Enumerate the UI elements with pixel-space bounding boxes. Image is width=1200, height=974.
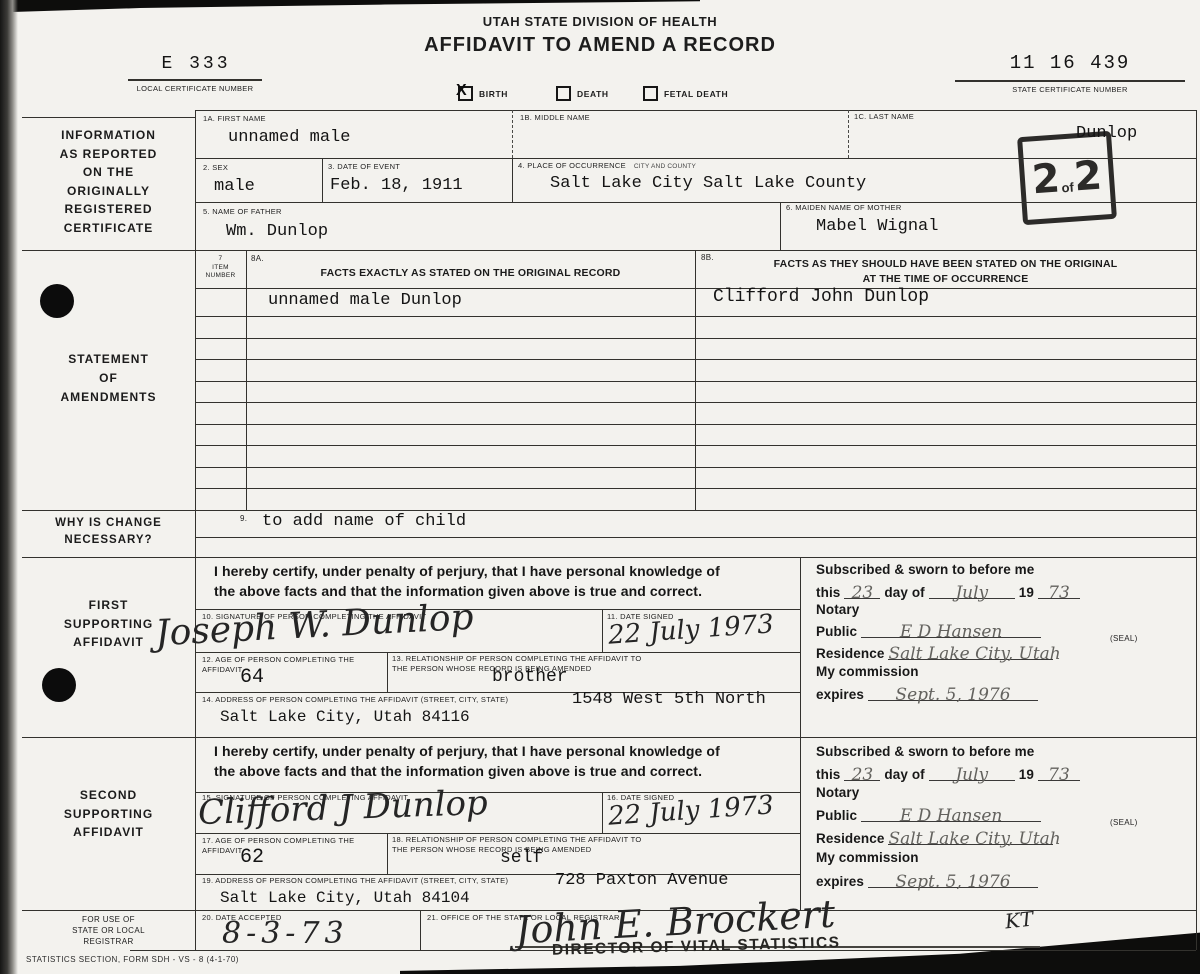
notary-expires-value: Sept. 5, 1976: [895, 872, 1010, 892]
grid-line: [800, 737, 801, 910]
registrar-annotation: KT: [1004, 907, 1035, 934]
death-checkbox-label: DEATH: [577, 89, 609, 99]
stamp-digit: 2: [1030, 156, 1061, 204]
notary-residence-value: Salt Lake City, Utah: [888, 644, 1060, 664]
relationship-value: brother: [492, 667, 568, 687]
grid-line: [387, 652, 388, 692]
grid-line: [602, 792, 603, 833]
first-name-value: unnamed male: [228, 128, 350, 147]
address-value-line1: 728 Paxton Avenue: [555, 871, 728, 890]
scan-artifact-left: [0, 0, 18, 974]
label-line: 7: [196, 255, 245, 264]
notary-year-value: 73: [1048, 765, 1070, 785]
local-certificate-label: LOCAL CERTIFICATE NUMBER: [128, 84, 262, 93]
label-line: OF: [22, 369, 195, 388]
notary-sworn-line: Subscribed & sworn to before me: [816, 562, 1034, 577]
address-value-line1: 1548 West 5th North: [572, 690, 766, 709]
grid-line: [195, 833, 800, 834]
notary-text: Subscribed & sworn to before me: [816, 744, 1034, 759]
sex-label: 2. SEX: [203, 163, 228, 172]
notary-text: My commission: [816, 664, 919, 679]
grid-line: [195, 158, 1196, 159]
fetal-death-checkbox-label: FETAL DEATH: [664, 89, 728, 99]
notary-expires-line: expires Sept. 5, 1976: [816, 871, 1038, 889]
notary-public-value: E D Hansen: [900, 622, 1003, 642]
label-text: 4. PLACE OF OCCURRENCE: [518, 161, 626, 170]
grid-line: [602, 609, 603, 652]
state-certificate-number: 11 16 439: [955, 52, 1185, 74]
seal-label: (SEAL): [1110, 634, 1138, 643]
death-checkbox: DEATH: [556, 85, 609, 103]
section-label-why-change: WHY IS CHANGE NECESSARY?: [22, 515, 195, 549]
agency-name: UTAH STATE DIVISION OF HEALTH: [0, 14, 1200, 29]
grid-line: [1196, 110, 1197, 950]
seal-label: (SEAL): [1110, 818, 1138, 827]
address-value-line2: Salt Lake City, Utah 84116: [220, 708, 470, 726]
notary-text: Public: [816, 808, 857, 823]
label-line: NUMBER: [196, 272, 245, 281]
certify-text-line2: the above facts and that the information…: [214, 763, 702, 779]
section-label-original-info: INFORMATION AS REPORTED ON THE ORIGINALL…: [22, 126, 195, 237]
birth-checkbox: XBIRTH: [458, 85, 508, 103]
fetal-death-checkbox-box: [643, 86, 658, 101]
grid-line: [246, 250, 247, 510]
label-line: CERTIFICATE: [22, 219, 195, 238]
scan-artifact-top: [0, 0, 700, 13]
state-certificate-label: STATE CERTIFICATE NUMBER: [955, 85, 1185, 94]
label-line: STATEMENT: [22, 350, 195, 369]
mother-maiden-name-value: Mabel Wignal: [816, 217, 938, 236]
place-of-occurrence-value: Salt Lake City Salt Lake County: [550, 174, 866, 193]
grid-line: [22, 737, 1196, 738]
age-label: 12. AGE OF PERSON COMPLETING THE AFFIDAV…: [202, 655, 357, 674]
age-value: 64: [240, 666, 264, 689]
section-label-amendments: STATEMENT OF AMENDMENTS: [22, 350, 195, 407]
stamp-digit: 2: [1073, 153, 1104, 201]
notary-month-value: July: [955, 765, 988, 785]
col-8b-header-line2: AT THE TIME OF OCCURRENCE: [695, 273, 1196, 285]
grid-line: [195, 110, 196, 950]
grid-line: [512, 110, 513, 158]
notary-text: My commission: [816, 850, 919, 865]
date-accepted-value: 8-3-73: [222, 916, 349, 951]
grid-line: [195, 202, 1196, 203]
label-line: REGISTERED: [22, 200, 195, 219]
why-change-field-number: 9.: [240, 514, 247, 523]
first-name-label: 1A. FIRST NAME: [203, 114, 266, 123]
amendment-original-value: unnamed male Dunlop: [268, 291, 462, 310]
notary-commission-line: My commission: [816, 664, 919, 679]
grid-line: [22, 510, 1196, 511]
notary-label-line: Notary: [816, 602, 859, 617]
label-line: NECESSARY?: [22, 532, 195, 549]
notary-text: Public: [816, 624, 857, 639]
notary-text: Notary: [816, 602, 859, 617]
grid-line: [22, 117, 195, 118]
label-line: SECOND: [22, 786, 195, 805]
father-name-value: Wm. Dunlop: [226, 222, 328, 241]
father-name-label: 5. NAME OF FATHER: [203, 207, 282, 216]
certify-text-line1: I hereby certify, under penalty of perju…: [214, 743, 720, 759]
hole-punch-mark: [40, 284, 74, 318]
address-label: 14. ADDRESS OF PERSON COMPLETING THE AFF…: [202, 695, 508, 704]
label-line: SUPPORTING: [22, 805, 195, 824]
grid-line: [512, 158, 513, 202]
affiant-signature: Clifford J Dunlop: [197, 783, 488, 833]
label-line: ITEM: [196, 264, 245, 273]
grid-line: [848, 110, 849, 158]
section-label-registrar: FOR USE OF STATE OR LOCAL REGISTRAR: [22, 914, 195, 947]
date-of-event-label: 3. DATE OF EVENT: [328, 162, 400, 171]
amendment-corrected-value: Clifford John Dunlop: [713, 287, 929, 307]
label-line: ORIGINALLY: [22, 182, 195, 201]
address-label: 19. ADDRESS OF PERSON COMPLETING THE AFF…: [202, 876, 508, 885]
label-line: AS REPORTED: [22, 145, 195, 164]
notary-expires-line: expires Sept. 5, 1976: [816, 684, 1038, 702]
notary-day-value: 23: [852, 583, 874, 603]
birth-checkbox-box: X: [458, 86, 473, 101]
grid-line: [387, 833, 388, 874]
label-line: STATE OR LOCAL: [22, 925, 195, 936]
label-line: FOR USE OF: [22, 914, 195, 925]
notary-text: expires: [816, 687, 864, 702]
place-of-occurrence-label: 4. PLACE OF OCCURRENCECITY AND COUNTY: [518, 161, 696, 170]
notary-residence-line: Residence Salt Lake City, Utah: [816, 828, 1053, 846]
death-checkbox-box: [556, 86, 571, 101]
check-mark: X: [456, 82, 467, 100]
notary-residence-value: Salt Lake City, Utah: [888, 829, 1060, 849]
sex-value: male: [214, 177, 255, 196]
notary-sworn-line: Subscribed & sworn to before me: [816, 744, 1034, 759]
stamp-of: of: [1061, 179, 1074, 195]
notary-year-value: 73: [1048, 583, 1070, 603]
notary-date-line: this 23 day of July 19 73: [816, 764, 1080, 782]
notary-text: day of: [884, 767, 924, 782]
notary-text: Residence: [816, 831, 884, 846]
notary-commission-line: My commission: [816, 850, 919, 865]
certify-text-line1: I hereby certify, under penalty of perju…: [214, 563, 720, 579]
age-label: 17. AGE OF PERSON COMPLETING THE AFFIDAV…: [202, 836, 357, 855]
age-value: 62: [240, 846, 264, 869]
notary-expires-value: Sept. 5, 1976: [895, 685, 1010, 705]
notary-text: day of: [884, 585, 924, 600]
label-line: AMENDMENTS: [22, 388, 195, 407]
notary-text: 19: [1019, 585, 1034, 600]
label-line: AFFIDAVIT: [22, 823, 195, 842]
notary-text: Subscribed & sworn to before me: [816, 562, 1034, 577]
grid-line: [22, 250, 1196, 251]
affidavit-document: UTAH STATE DIVISION OF HEALTH AFFIDAVIT …: [0, 0, 1200, 974]
notary-day-value: 23: [852, 765, 874, 785]
notary-public-value: E D Hansen: [900, 806, 1003, 826]
grid-line: [195, 652, 800, 653]
grid-line: [695, 250, 696, 510]
local-certificate-number: E 333: [130, 54, 262, 74]
relationship-value: self: [500, 848, 543, 868]
notary-text: 19: [1019, 767, 1034, 782]
affiant-signature: Joseph W. Dunlop: [154, 597, 474, 655]
label-line: REGISTRAR: [22, 936, 195, 947]
section-label-second-affidavit: SECOND SUPPORTING AFFIDAVIT: [22, 786, 195, 842]
grid-line: [420, 910, 421, 950]
label-line: INFORMATION: [22, 126, 195, 145]
page-stamp: 2 of 2: [1017, 131, 1117, 225]
col-8b-header-line1: FACTS AS THEY SHOULD HAVE BEEN STATED ON…: [695, 258, 1196, 270]
mother-maiden-name-label: 6. MAIDEN NAME OF MOTHER: [786, 203, 902, 212]
notary-text: this: [816, 585, 840, 600]
notary-month-value: July: [955, 583, 988, 603]
date-of-event-value: Feb. 18, 1911: [330, 176, 463, 195]
grid-line: [800, 557, 801, 737]
col-8a-header: FACTS EXACTLY AS STATED ON THE ORIGINAL …: [246, 267, 695, 279]
notary-public-line: Public E D Hansen: [816, 621, 1041, 639]
grid-line: [322, 158, 323, 202]
divider: [128, 79, 262, 81]
middle-name-label: 1B. MIDDLE NAME: [520, 113, 590, 122]
fetal-death-checkbox: FETAL DEATH: [643, 85, 728, 103]
label-line: ON THE: [22, 163, 195, 182]
address-value-line2: Salt Lake City, Utah 84104: [220, 889, 470, 907]
notary-label-line: Notary: [816, 785, 859, 800]
col-8a-number: 8A.: [251, 254, 264, 263]
grid-line: [195, 110, 1196, 111]
notary-text: Notary: [816, 785, 859, 800]
grid-line: [780, 202, 781, 250]
grid-line: [22, 557, 1196, 558]
item-number-header: 7 ITEM NUMBER: [196, 255, 245, 281]
hole-punch-mark: [42, 668, 76, 702]
notary-date-line: this 23 day of July 19 73: [816, 582, 1080, 600]
notary-text: Residence: [816, 646, 884, 661]
grid-line: [195, 537, 1196, 538]
sublabel-text: CITY AND COUNTY: [634, 163, 696, 170]
label-line: WHY IS CHANGE: [22, 515, 195, 532]
notary-residence-line: Residence Salt Lake City, Utah: [816, 643, 1053, 661]
form-id: STATISTICS SECTION, FORM SDH - VS - 8 (4…: [26, 955, 239, 964]
notary-text: this: [816, 767, 840, 782]
notary-text: expires: [816, 874, 864, 889]
notary-public-line: Public E D Hansen: [816, 805, 1041, 823]
why-change-value: to add name of child: [262, 512, 466, 531]
last-name-value: Dunlop: [1076, 124, 1137, 143]
last-name-label: 1C. LAST NAME: [854, 112, 914, 121]
divider: [955, 80, 1185, 82]
birth-checkbox-label: BIRTH: [479, 89, 508, 99]
